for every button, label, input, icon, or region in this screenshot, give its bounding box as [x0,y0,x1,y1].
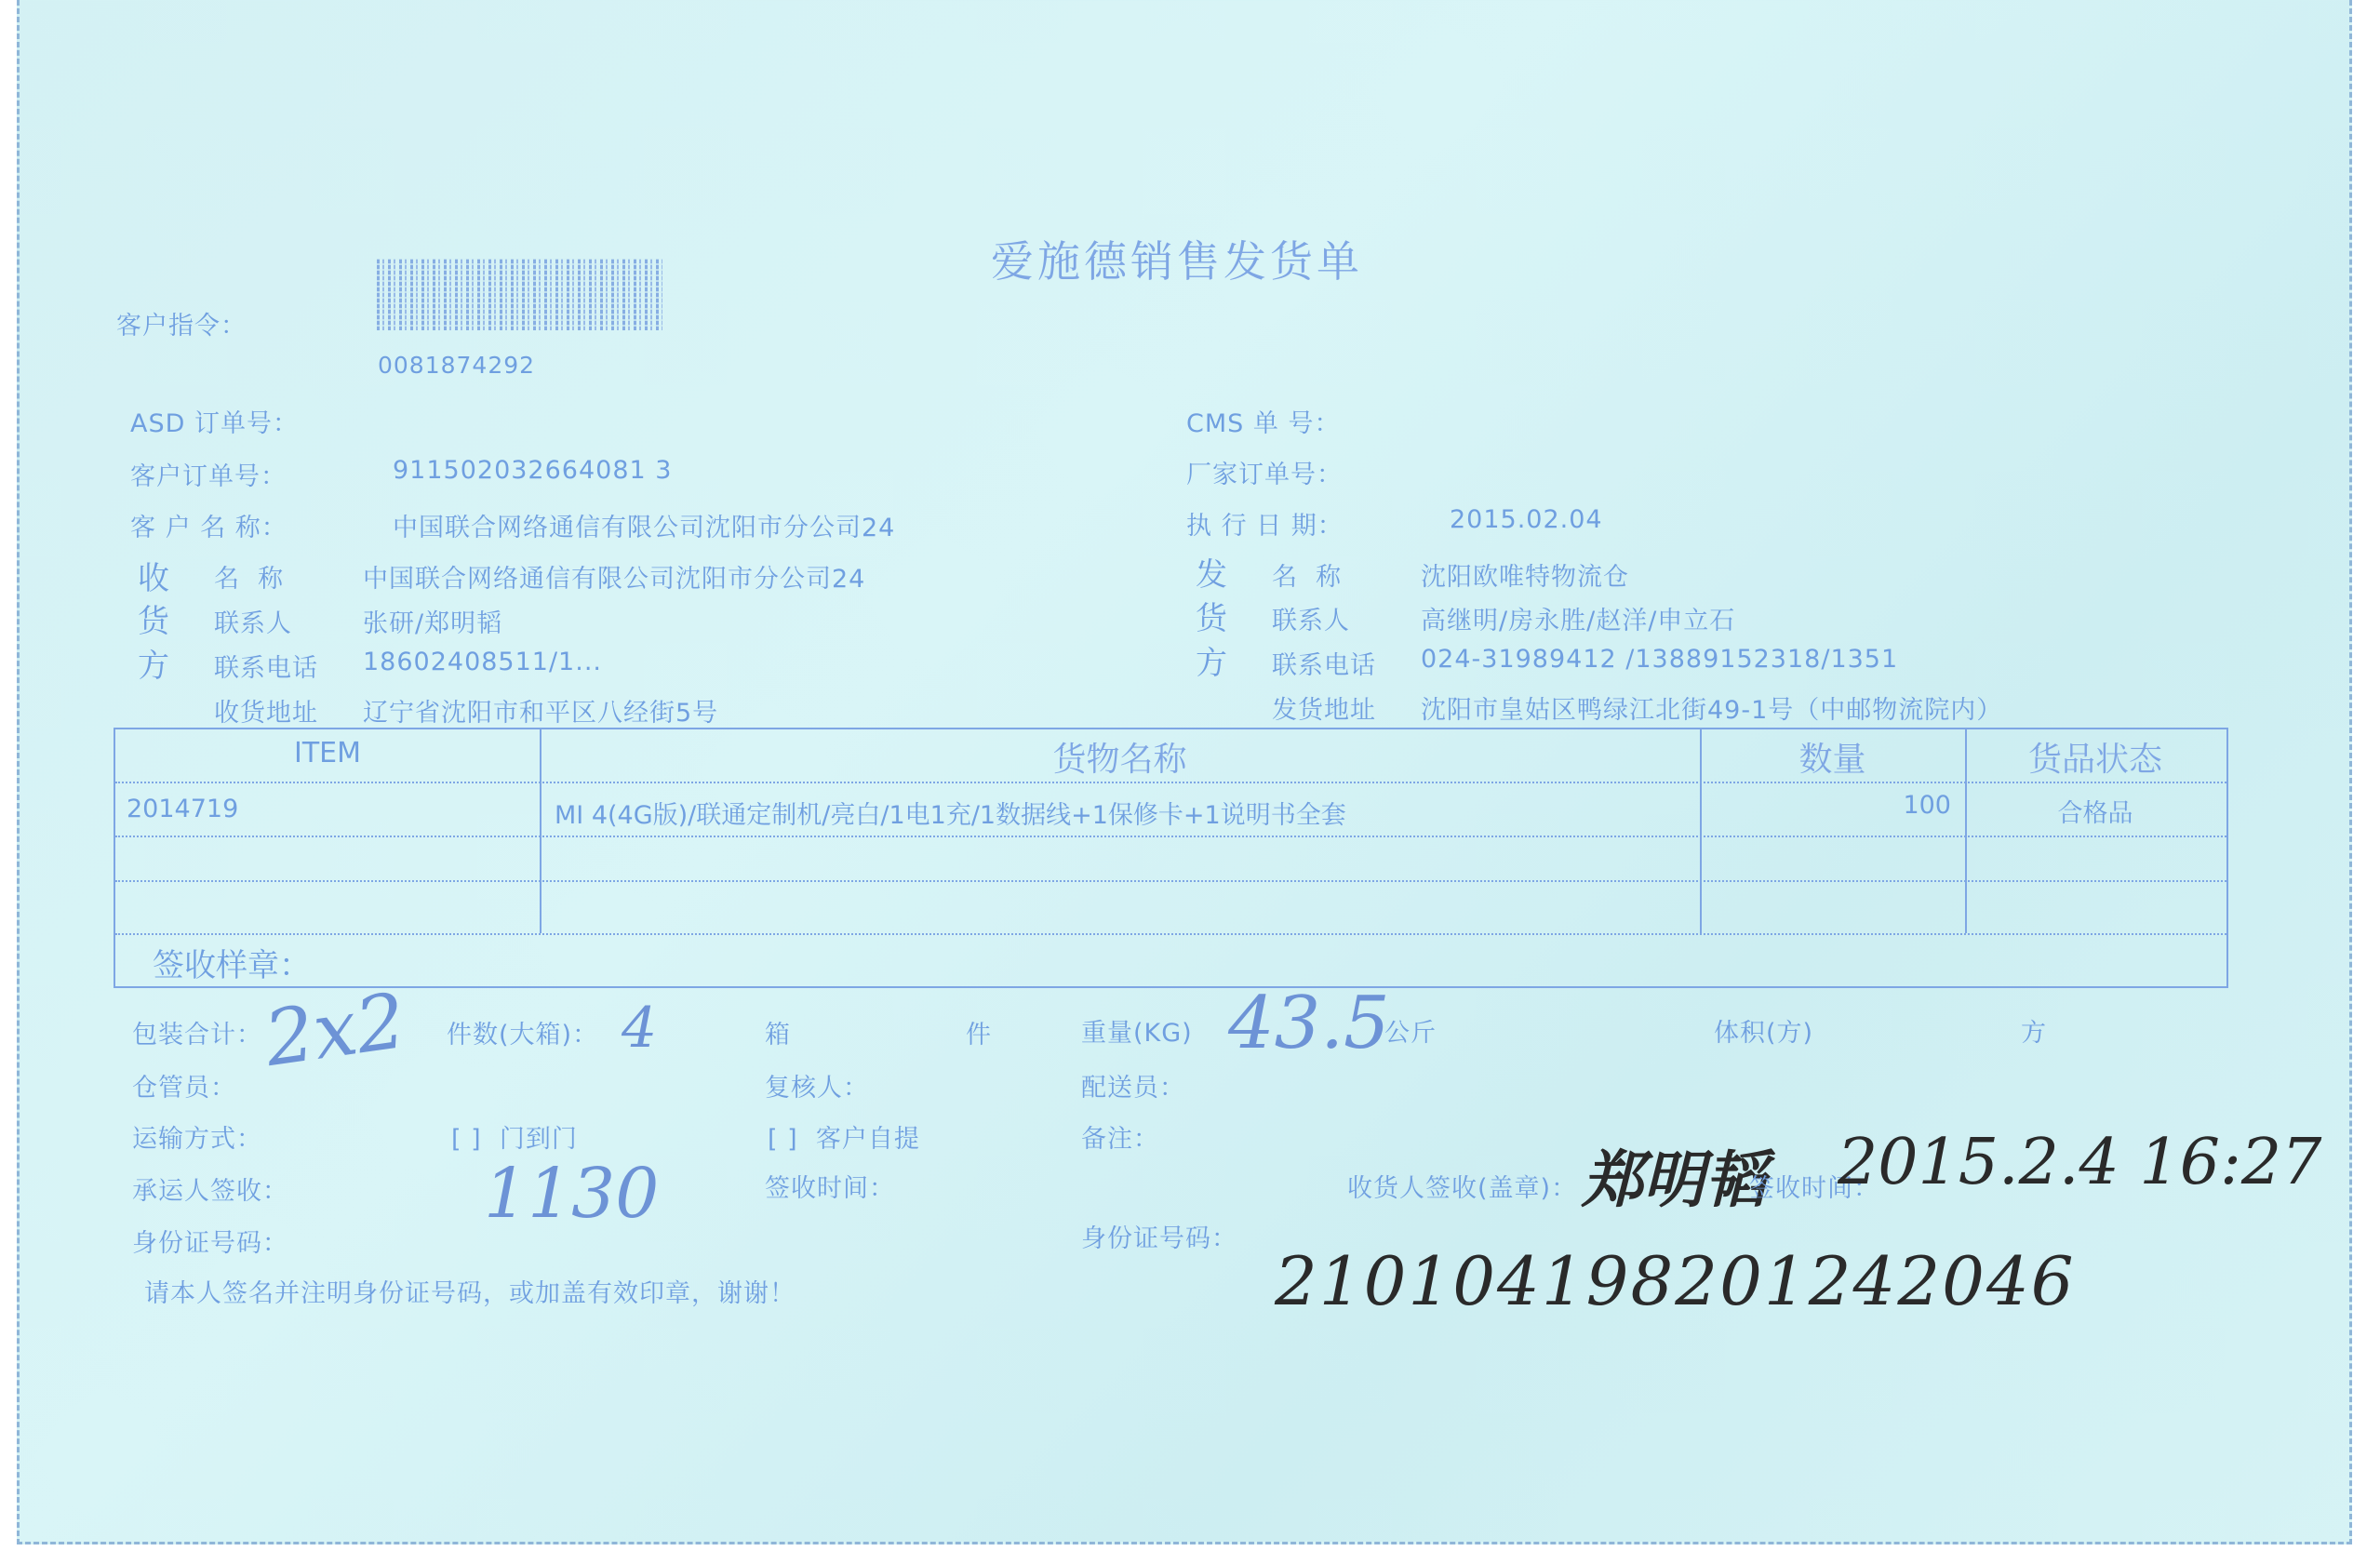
table-row-1-goods: MI 4(4G版)/联通定制机/亮白/1电1充/1数据线+1保修卡+1说明书全套 [555,795,1346,831]
shipper-name-value: 沈阳欧唯特物流仓 [1421,556,1629,593]
id-no-right-label: 身份证号码： [1081,1218,1237,1254]
id-no-right-handwritten: 210104198201242046 [1275,1242,2076,1320]
receiver-contact-value: 张研/郑明韬 [363,603,502,639]
items-table: ITEM 货物名称 数量 货品状态 2014719 MI 4(4G版)/联通定制… [114,728,2228,988]
receiver-contact-label: 联系人 [214,603,292,639]
receiver-name-label: 名 称 [214,558,284,595]
execution-date-value: 2015.02.04 [1450,505,1603,534]
receiver-side-label-1: 收 [138,553,170,598]
table-row-1-item: 2014719 [127,795,238,823]
shipper-phone-label: 联系电话 [1272,645,1376,681]
table-row-1-qty: 100 [1700,791,1951,820]
table-row-1-status: 合格品 [1965,793,2226,829]
receiver-side-label-3: 方 [138,640,170,686]
receiver-phone-label: 联系电话 [214,648,318,684]
receiver-address-value: 辽宁省沈阳市和平区八经街5号 [363,692,718,729]
customer-instruction-label: 客户指令： [116,305,247,341]
reviewer-label: 复核人： [765,1067,869,1103]
header-goods-name: 货物名称 [540,733,1700,781]
box-label: 箱 [765,1014,791,1050]
pieces-large-handwritten: 4 [622,996,657,1061]
customer-order-value: 911502032664081 3 [393,456,672,485]
shipper-address-label: 发货地址 [1272,689,1376,726]
transport-option-self-pickup[interactable]: [ ] 客户自提 [768,1118,920,1155]
barcode-icon [377,259,662,330]
weight-handwritten: 43.5 [1228,982,1390,1065]
shipper-phone-value: 024-31989412 /13889152318/1351 [1421,645,1898,674]
customer-order-label: 客户订单号： [130,456,287,492]
table-divider [115,933,2226,935]
carrier-sign-time-label: 签收时间： [765,1168,895,1204]
volume-label: 体积(方) [1714,1012,1813,1049]
shipper-contact-label: 联系人 [1272,600,1350,636]
header-goods-status: 货品状态 [1965,733,2226,781]
table-divider [115,782,2226,783]
receiver-name-value: 中国联合网络通信有限公司沈阳市分公司24 [363,558,865,595]
table-divider [115,836,2226,837]
shipper-side-label-3: 方 [1196,637,1228,683]
barcode-number: 0081874292 [378,352,535,379]
receiver-sign-label: 收货人签收(盖章)： [1347,1168,1577,1204]
header-quantity: 数量 [1700,733,1965,781]
factory-order-label: 厂家订单号： [1186,454,1343,490]
execution-date-label: 执 行 日 期： [1186,505,1344,542]
carrier-sign-label: 承运人签收： [132,1170,288,1207]
piece-label: 件 [966,1014,992,1050]
package-total-label: 包装合计： [132,1014,262,1050]
shipper-contact-value: 高继明/房永胜/赵洋/申立石 [1421,600,1735,636]
sign-sample-label: 签收样章： [153,940,311,985]
table-divider [115,880,2226,882]
receive-time-handwritten: 2015.2.4 16:27 [1838,1126,2321,1199]
customer-name-label: 客 户 名 称： [130,507,287,543]
receiver-side-label-2: 货 [138,595,170,641]
notice-text: 请本人签名并注明身份证号码，或加盖有效印章，谢谢！ [144,1273,796,1309]
receiver-sign-handwritten: 郑明韬 [1582,1130,1766,1219]
remarks-label: 备注： [1081,1118,1159,1155]
warehouse-keeper-label: 仓管员： [132,1067,236,1103]
transport-option-door-to-door[interactable]: [ ] 门到门 [451,1118,578,1155]
shipper-side-label-2: 货 [1196,593,1228,638]
id-no-left-label: 身份证号码： [132,1223,288,1259]
shipper-name-label: 名 称 [1272,556,1342,593]
transport-label: 运输方式： [132,1118,262,1155]
header-item: ITEM [115,737,540,769]
volume-unit: 方 [2021,1012,2047,1049]
document-title: 爱施德销售发货单 [991,228,1363,289]
pieces-large-label: 件数(大箱)： [447,1014,598,1050]
shipper-address-value: 沈阳市皇姑区鸭绿江北街49-1号（中邮物流院内） [1421,689,2002,726]
asd-order-label: ASD 订单号： [130,403,299,439]
weight-unit: 公斤 [1384,1012,1437,1049]
receiver-address-label: 收货地址 [214,692,318,729]
cms-no-label: CMS 单 号： [1186,403,1340,439]
receiver-phone-value: 18602408511/1... [363,648,602,676]
weight-label: 重量(KG) [1081,1012,1193,1049]
carrier-sign-handwritten: 1130 [484,1154,659,1234]
customer-name-value: 中国联合网络通信有限公司沈阳市分公司24 [393,507,895,543]
deliverer-label: 配送员： [1081,1067,1185,1103]
shipper-side-label-1: 发 [1196,549,1228,595]
